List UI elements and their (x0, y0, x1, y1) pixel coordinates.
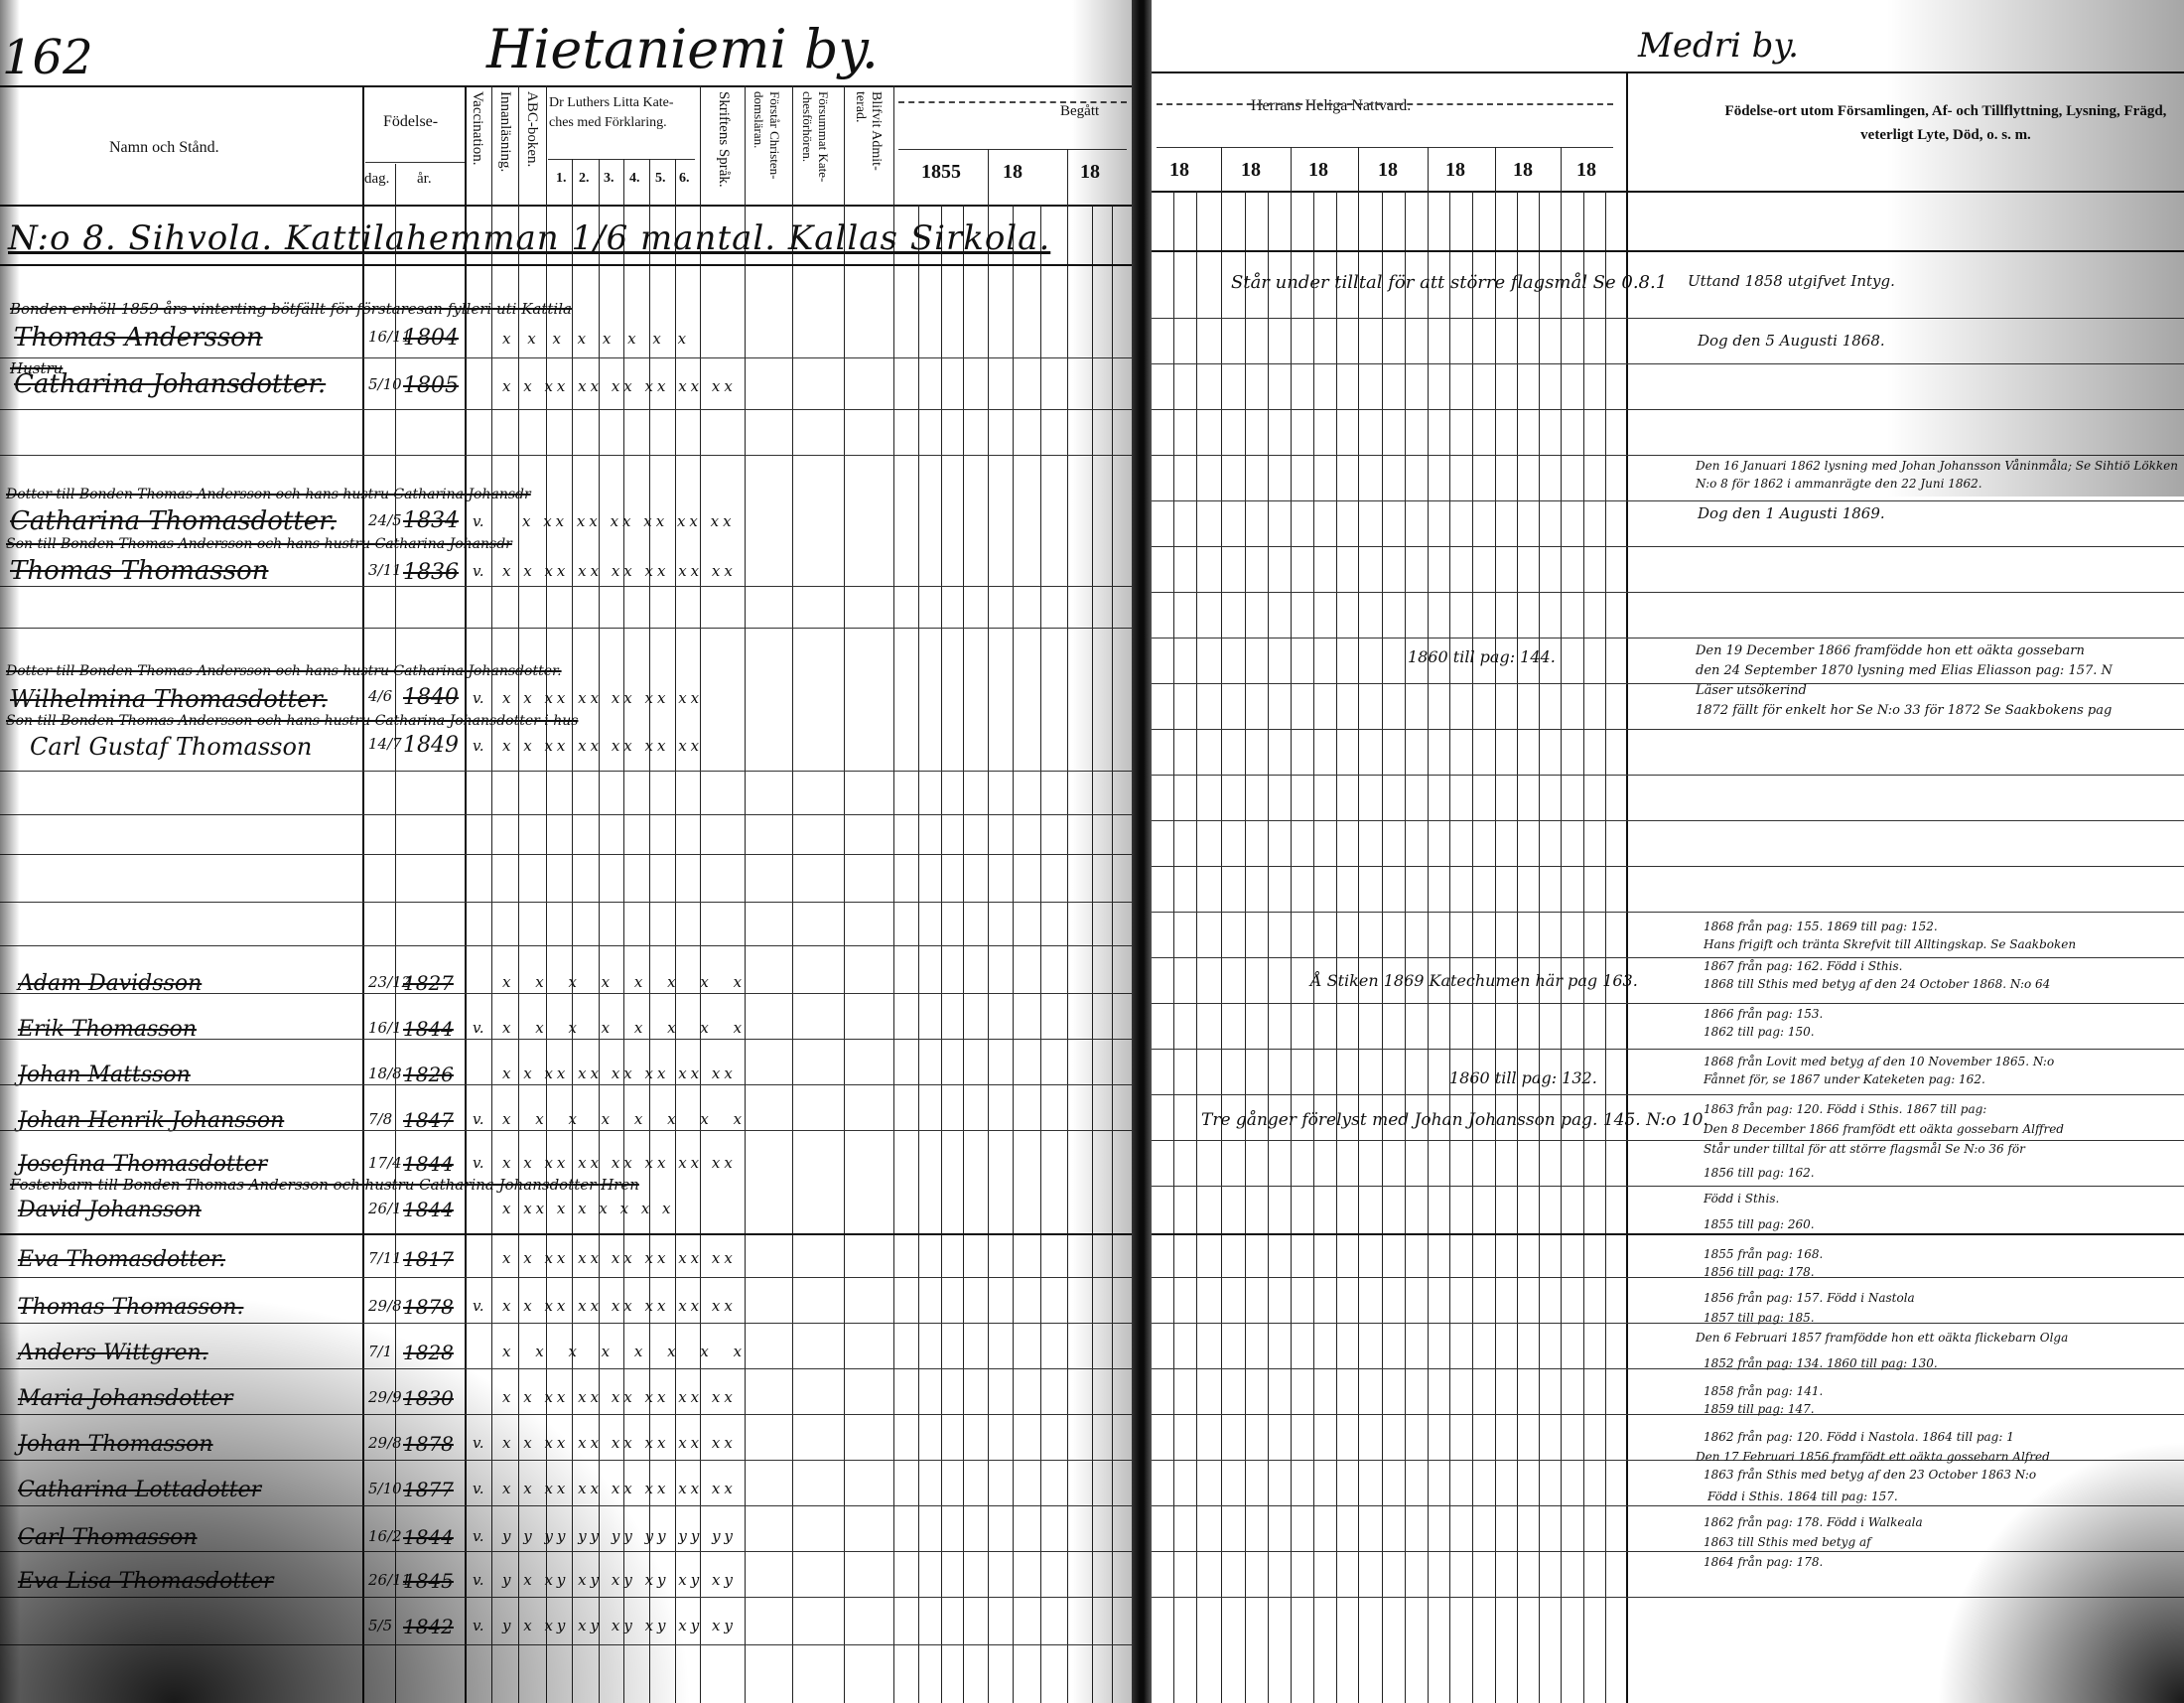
scan-shadow-top-right (1886, 0, 2184, 497)
row-birth-year: 1844 (403, 1017, 454, 1041)
begatt-year-2: 18 (1003, 161, 1023, 184)
catechism-part-6: 6. (679, 171, 690, 187)
row-marks: x x x x x x x x (502, 973, 751, 991)
remark: 1868 från Lovit med betyg af den 10 Nove… (1704, 1055, 2054, 1068)
row-rule (0, 945, 1132, 946)
remark: 1863 till Sthis med betyg af (1704, 1535, 1871, 1549)
row-birth-day: 18/8 (368, 1064, 402, 1082)
row-rule (0, 409, 1132, 410)
row-birth-year: 1834 (403, 508, 459, 533)
remark: 1859 till pag: 147. (1704, 1402, 1815, 1416)
col-divider (1336, 191, 1337, 1703)
row-birth-day: 7/8 (368, 1110, 392, 1128)
remark: 1872 fällt för enkelt hor Se N:o 33 för … (1696, 703, 2112, 718)
remark: Den 6 Februari 1857 framfödde hon ett oä… (1696, 1331, 2068, 1345)
nattvard-year-6: 18 (1513, 159, 1533, 182)
remark: 1863 från pag: 120. Född i Sthis. 1867 t… (1704, 1102, 1986, 1116)
col-divider (1405, 191, 1406, 1703)
row-name: Josefina Thomasdotter (18, 1152, 267, 1177)
row-rule (0, 771, 1132, 772)
row-note: Son till Bonden Thomas Andersson och han… (6, 536, 512, 552)
row-name: Catharina Johansdotter. (14, 369, 326, 399)
col-divider (1382, 191, 1383, 1703)
row-rule (1152, 820, 2184, 821)
row-birth-day: 3/11 (368, 561, 402, 579)
village-title-right: Medri by. (1638, 26, 1799, 66)
gutter-shadow (1072, 0, 1132, 1703)
remark: 1857 till pag: 185. (1704, 1311, 1815, 1325)
row-name: Eva Thomasdotter. (18, 1247, 225, 1272)
nattvard-year-rule (1157, 147, 1613, 148)
catechism-part-1: 1. (556, 171, 567, 187)
row-rule (0, 357, 1132, 358)
remark: Står under tilltal för att större flagsm… (1704, 1142, 2025, 1156)
header-top-rule (0, 85, 1132, 87)
row-rule (0, 993, 1132, 994)
row-marks: x x xx xx xx xx xx xx (502, 377, 737, 395)
row-note: Son till Bonden Thomas Andersson och han… (6, 713, 578, 729)
remark: den 24 September 1870 lysning med Elias … (1696, 663, 2113, 678)
remark: 1855 från pag: 168. (1704, 1247, 1823, 1261)
row-marks: x x xx xx xx xx xx xx (502, 1154, 737, 1172)
col-divider (1268, 191, 1269, 1703)
remark: Den 8 December 1866 framfödt ett oäkta g… (1704, 1122, 2064, 1136)
nattvard-year-2: 18 (1241, 159, 1261, 182)
row-marks: x x x x x x x x (502, 1019, 751, 1037)
header-birth-group: Födelse- (383, 113, 438, 131)
row-name: Thomas Andersson (14, 323, 263, 353)
row-marks: x x xx xx xx xx xx (502, 737, 703, 755)
row-vacc: v. (473, 1019, 483, 1037)
header-birth-day: dag. (364, 171, 389, 188)
col-divider (1291, 147, 1292, 1703)
row-birth-year: 1804 (403, 326, 459, 351)
row-marks: x x x x x x x x (502, 1110, 751, 1128)
header-name-and-status: Namn och Stånd. (109, 139, 219, 157)
remark: 1867 från pag: 162. Född i Sthis. (1704, 959, 1902, 973)
nattvard-dashed-rule (1157, 103, 1613, 105)
header-nattvard: Herrans Heliga Nattvard. (1251, 97, 1411, 115)
header-birth-year: år. (417, 171, 432, 188)
catechism-subrule (548, 159, 695, 160)
remark: 1856 från pag: 157. Född i Nastola (1704, 1291, 1915, 1305)
remark: 1862 till pag: 150. (1704, 1025, 1815, 1039)
row-rule (0, 586, 1132, 587)
row-rule (1152, 1003, 2184, 1004)
col-divider (1313, 191, 1314, 1703)
remark: 1855 till pag: 260. (1704, 1217, 1815, 1231)
remark: 1856 till pag: 162. (1704, 1166, 1815, 1180)
nattvard-year-1: 18 (1169, 159, 1189, 182)
remark: Hans frigift och tränta Skrefvit till Al… (1704, 937, 2076, 951)
nattvard-year-4: 18 (1378, 159, 1398, 182)
col-divider (918, 205, 919, 1703)
row-rule (1152, 957, 2184, 958)
remark: Dog den 5 Augusti 1868. (1698, 332, 1885, 350)
header-abc-boken: ABC-boken. (523, 91, 540, 201)
row-note: Fosterbarn till Bonden Thomas Andersson … (10, 1176, 639, 1194)
nattvard-note: Tre gånger förelyst med Johan Johansson … (1201, 1110, 1708, 1130)
row-rule (0, 902, 1132, 903)
birth-subrule (365, 162, 465, 163)
header-catechism-group: Dr Luthers Litta Kate-ches med Förklarin… (549, 93, 698, 133)
nattvard-note: Står under tilltal för att större flagsm… (1231, 272, 1667, 293)
nattvard-note: Å Stiken 1869 Katechumen här pag 163. (1310, 971, 1638, 990)
remark: 1866 från pag: 153. (1704, 1007, 1823, 1021)
row-birth-day: 14/7 (368, 735, 402, 753)
row-rule (0, 1130, 1132, 1131)
row-marks: x xx xx xx xx xx xx (522, 512, 736, 530)
row-marks: x x xx xx xx xx xx xx (502, 1249, 737, 1267)
col-divider (988, 149, 989, 1703)
row-rule (1152, 683, 2184, 684)
row-rule (0, 854, 1132, 855)
header-forsummat: Försummat Kate-chesförhören. (799, 91, 831, 201)
col-divider (1013, 205, 1014, 1703)
row-birth-year: 1849 (403, 733, 459, 758)
row-rule (0, 1277, 1132, 1278)
nattvard-note: 1860 till pag: 144. (1408, 647, 1556, 666)
row-birth-day: 16/1 (368, 1019, 402, 1037)
nattvard-year-5: 18 (1445, 159, 1465, 182)
remark: Född i Sthis. 1864 till pag: 157. (1707, 1490, 1898, 1503)
farm-heading: N:o 8. Sihvola. Kattilahemman 1/6 mantal… (8, 218, 1050, 258)
col-divider (1245, 191, 1246, 1703)
book-gutter (1132, 0, 1152, 1703)
row-name: Wilhelmina Thomasdotter. (10, 685, 328, 713)
row-rule (1152, 775, 2184, 776)
col-divider (1561, 147, 1562, 1703)
row-rule (1152, 1049, 2184, 1050)
row-rule (1152, 1233, 2184, 1235)
remark: 1868 till Sthis med betyg af den 24 Octo… (1704, 977, 2050, 991)
col-divider (1196, 191, 1197, 1703)
row-rule (1152, 592, 2184, 593)
row-marks: x x xx xx xx xx xx (502, 689, 703, 707)
catechism-part-5: 5. (655, 171, 666, 187)
catechism-part-2: 2. (579, 171, 590, 187)
col-divider (1583, 191, 1584, 1703)
col-divider (1221, 147, 1222, 1703)
catechism-part-4: 4. (629, 171, 640, 187)
row-vacc: v. (473, 562, 483, 580)
row-marks: x x xx xx xx xx xx xx (502, 1064, 737, 1082)
nattvard-year-7: 18 (1576, 159, 1596, 182)
row-birth-day: 17/4 (368, 1154, 402, 1172)
row-name: Thomas Thomasson (10, 556, 268, 586)
row-rule (1152, 866, 2184, 867)
row-rule (0, 814, 1132, 815)
catechism-part-3: 3. (604, 171, 614, 187)
row-birth-year: 1826 (403, 1063, 454, 1086)
col-divider (1626, 71, 1628, 1703)
row-rule (0, 1039, 1132, 1040)
row-rule (1152, 638, 2184, 639)
row-rule (0, 455, 1132, 456)
row-rule (1152, 500, 2184, 501)
header-admitterad: Blifvit Admit-terad. (852, 91, 884, 201)
col-divider (1449, 191, 1450, 1703)
remark: 1868 från pag: 155. 1869 till pag: 152. (1704, 920, 1938, 933)
remark: Läser utsökerind (1696, 683, 1807, 698)
row-note: Dotter till Bonden Thomas Andersson och … (6, 487, 531, 502)
row-birth-day: 4/6 (368, 687, 392, 705)
row-vacc: v. (473, 1154, 483, 1172)
row-birth-day: 26/1 (368, 1200, 402, 1217)
remark: Fånnet för, se 1867 under Kateketen pag:… (1704, 1072, 1985, 1086)
row-rule (1152, 546, 2184, 547)
remark: Den 19 December 1866 framfödde hon ett o… (1696, 643, 2085, 658)
village-title-left: Hietaniemi by. (486, 18, 879, 80)
row-birth-year: 1836 (403, 560, 459, 585)
row-birth-year: 1827 (403, 971, 454, 995)
row-marks: x x x x x x x x (502, 330, 692, 348)
col-divider (1067, 149, 1068, 1703)
row-vacc: v. (473, 737, 483, 755)
remark: Dog den 1 Augusti 1869. (1698, 504, 1885, 522)
remark: 1852 från pag: 134. 1860 till pag: 130. (1704, 1356, 1938, 1370)
row-birth-year: 1844 (403, 1152, 454, 1176)
row-rule (1152, 1140, 2184, 1141)
remark: 1864 från pag: 178. (1704, 1555, 1823, 1569)
col-divider (1539, 191, 1540, 1703)
row-rule (1152, 729, 2184, 730)
col-divider (1605, 191, 1606, 1703)
row-birth-day: 24/5 (368, 511, 402, 529)
row-note: Bonden erhöll 1859 års vinterting bötfäl… (10, 300, 572, 318)
remark: 1858 från pag: 141. (1704, 1384, 1823, 1398)
header-forstar: Förstår Christen-domsläran. (751, 91, 782, 201)
row-rule (1152, 1277, 2184, 1278)
remark: 1862 från pag: 178. Född i Walkeala (1704, 1515, 1923, 1529)
col-divider (941, 205, 942, 1703)
col-divider (1040, 205, 1041, 1703)
row-vacc: v. (473, 689, 483, 707)
col-divider (963, 205, 964, 1703)
begatt-year-1: 1855 (921, 161, 961, 184)
col-divider (1517, 191, 1518, 1703)
row-rule (1152, 1186, 2184, 1187)
row-name: Catharina Thomasdotter. (10, 506, 337, 536)
row-rule (0, 628, 1132, 629)
col-divider (1472, 191, 1473, 1703)
row-birth-year: 1844 (403, 1198, 454, 1221)
row-rule (0, 1084, 1132, 1085)
row-rule (1152, 1368, 2184, 1369)
header-innanlasning: Innanläsning. (496, 91, 513, 201)
row-rule (1152, 1323, 2184, 1324)
col-divider (1173, 191, 1174, 1703)
row-marks: x xx x x x x x x (502, 1200, 675, 1217)
row-birth-year: 1847 (403, 1108, 454, 1132)
row-birth-day: 7/11 (368, 1249, 402, 1267)
remark: 1856 till pag: 178. (1704, 1265, 1815, 1279)
header-skriftens-sprak: Skriftens Språk. (715, 91, 732, 201)
row-rule (1152, 1094, 2184, 1095)
row-vacc: v. (473, 512, 483, 530)
row-birth-year: 1840 (403, 685, 459, 710)
remark: Uttand 1858 utgifvet Intyg. (1688, 272, 1895, 290)
row-rule (1152, 912, 2184, 913)
col-divider (1428, 147, 1429, 1703)
row-vacc: v. (473, 1110, 483, 1128)
row-marks: x x xx xx xx xx xx xx (502, 562, 737, 580)
farm-heading-rule (0, 264, 1132, 266)
scan-shadow-bottom-right (1936, 1440, 2184, 1703)
scan-shadow-bottom-left (0, 1291, 695, 1703)
nattvard-year-3: 18 (1308, 159, 1328, 182)
row-birth-year: 1817 (403, 1247, 454, 1271)
nattvard-note: 1860 till pag: 132. (1449, 1068, 1597, 1087)
row-birth-day: 5/10 (368, 375, 402, 393)
row-birth-year: 1805 (403, 373, 459, 398)
col-divider (1358, 147, 1359, 1703)
row-name: Carl Gustaf Thomasson (30, 733, 312, 761)
row-note: Dotter till Bonden Thomas Andersson och … (6, 663, 562, 679)
row-rule (0, 1233, 1132, 1235)
header-vaccination: Vaccination. (469, 91, 485, 201)
row-rule (1152, 1414, 2184, 1415)
header-bottom-rule (0, 205, 1132, 207)
col-divider (1495, 147, 1496, 1703)
remark: Född i Sthis. (1704, 1192, 1779, 1206)
row-name: David Johansson (18, 1198, 202, 1222)
